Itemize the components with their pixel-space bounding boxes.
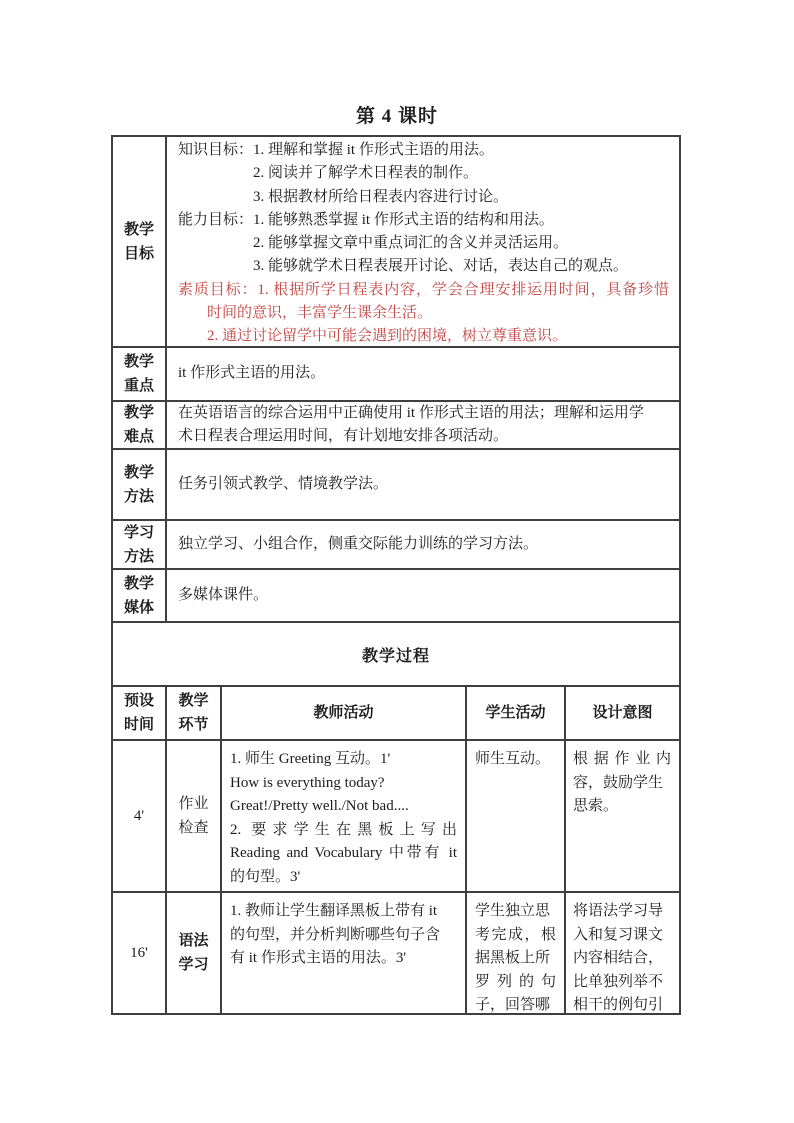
row-header-teaching-difficulty: 教学 难点 (113, 402, 167, 448)
text-line: 内容相结合， (573, 947, 671, 971)
text-line: 多媒体课件。 (178, 584, 669, 608)
row-header-teaching-focus: 教学 重点 (113, 348, 167, 400)
student-activity-cell: 学生独立思 考完成，根 据黑板上所 罗列的句 子，回答哪 (467, 893, 566, 1013)
row-process-section-title: 教学过程 (113, 623, 679, 687)
text-line: 师生互动。 (475, 748, 556, 772)
row-learning-method: 学习 方法 独立学习、小组合作，侧重交际能力训练的学习方法。 (113, 521, 679, 570)
row-header-line: 方法 (124, 545, 154, 569)
row-header-line: 教学 (124, 350, 154, 374)
row-header-teaching-objectives: 教学 目标 (113, 137, 167, 346)
process-row-grammar-study: 16' 语法 学习 1. 教师让学生翻译黑板上带有 it 的句型，并分析判断哪些… (113, 893, 679, 1013)
row-header-line: 目标 (124, 242, 154, 266)
text-line: 入和复习课文 (573, 924, 671, 948)
row-teaching-media: 教学 媒体 多媒体课件。 (113, 570, 679, 623)
text-line: How is everything today? (230, 772, 457, 796)
objective-line: 知识目标：1. 理解和掌握 it 作形式主语的用法。 (178, 139, 669, 162)
text-line: 容，鼓励学生 (573, 772, 671, 796)
student-activity-cell: 师生互动。 (467, 741, 566, 891)
text-line: 将语法学习导 (573, 900, 671, 924)
text-line: 思索。 (573, 795, 671, 819)
page-title: 第 4 课时 (0, 101, 794, 128)
objective-line: 时间的意识，丰富学生课余生活。 (178, 302, 669, 325)
step-line: 语法 (178, 929, 208, 953)
col-header-preset-time: 预设 时间 (113, 687, 167, 739)
teaching-media-content: 多媒体课件。 (167, 570, 679, 621)
text-line: 1. 师生 Greeting 互动。1' (230, 748, 457, 772)
teaching-focus-content: it 作形式主语的用法。 (167, 348, 679, 400)
step-line: 学习 (178, 953, 208, 977)
col-header-line: 设计意图 (592, 701, 652, 725)
text-line: 子，回答哪 (475, 994, 556, 1013)
row-teaching-difficulty: 教学 难点 在英语语言的综合运用中正确使用 it 作形式主语的用法；理解和运用学… (113, 402, 679, 450)
row-header-line: 教学 (124, 218, 154, 242)
objective-line: 2. 能够掌握文章中重点词汇的含义并灵活运用。 (178, 232, 669, 255)
text-line: 术日程表合理运用时间，有计划地安排各项活动。 (178, 425, 669, 448)
col-header-line: 预设 (124, 689, 154, 713)
text-line: 在英语语言的综合运用中正确使用 it 作形式主语的用法；理解和运用学 (178, 402, 669, 425)
preset-time: 16' (130, 941, 148, 965)
objective-line: 2. 阅读并了解学术日程表的制作。 (178, 162, 669, 185)
text-line: Reading and Vocabulary 中带有 it (230, 842, 457, 866)
objective-line: 素质目标：1. 根据所学日程表内容，学会合理安排运用时间，具备珍惜 (178, 279, 669, 302)
objective-line: 能力目标：1. 能够熟悉掌握 it 作形式主语的结构和用法。 (178, 209, 669, 232)
col-header-line: 时间 (124, 713, 154, 737)
row-header-teaching-media: 教学 媒体 (113, 570, 167, 621)
teacher-activity-cell: 1. 教师让学生翻译黑板上带有 it 的句型，并分析判断哪些句子含 有 it 作… (222, 893, 467, 1013)
col-header-line: 教学 (178, 689, 208, 713)
text-line: 有 it 作形式主语的用法。3' (230, 947, 457, 971)
row-header-line: 媒体 (124, 596, 154, 620)
text-line: Great!/Pretty well./Not bad.... (230, 795, 457, 819)
objective-line: 3. 根据教材所给日程表内容进行讨论。 (178, 186, 669, 209)
objectives-content: 知识目标：1. 理解和掌握 it 作形式主语的用法。 2. 阅读并了解学术日程表… (167, 137, 679, 346)
row-teaching-focus: 教学 重点 it 作形式主语的用法。 (113, 348, 679, 402)
row-process-header: 预设 时间 教学 环节 教师活动 学生活动 设计意图 (113, 687, 679, 741)
objective-line: 2. 通过讨论留学中可能会遇到的困境，树立尊重意识。 (178, 325, 669, 346)
text-line: 1. 教师让学生翻译黑板上带有 it (230, 900, 457, 924)
process-row-homework-check: 4' 作业 检查 1. 师生 Greeting 互动。1' How is eve… (113, 741, 679, 893)
design-intent-cell: 根据作业内 容，鼓励学生 思索。 (566, 741, 679, 891)
row-header-line: 教学 (124, 402, 154, 425)
lesson-plan-table: 教学 目标 知识目标：1. 理解和掌握 it 作形式主语的用法。 2. 阅读并了… (111, 135, 681, 1015)
row-teaching-objectives: 教学 目标 知识目标：1. 理解和掌握 it 作形式主语的用法。 2. 阅读并了… (113, 137, 679, 348)
step-line: 作业 (178, 792, 208, 816)
col-header-student-activity: 学生活动 (467, 687, 566, 739)
teacher-activity-cell: 1. 师生 Greeting 互动。1' How is everything t… (222, 741, 467, 891)
text-line: it 作形式主语的用法。 (178, 362, 669, 386)
text-line: 罗列的句 (475, 971, 556, 995)
row-header-line: 难点 (124, 425, 154, 449)
text-line: 学生独立思 (475, 900, 556, 924)
row-header-line: 教学 (124, 572, 154, 596)
text-line: 比单独列举不 (573, 971, 671, 995)
text-line: 任务引领式教学、情境教学法。 (178, 473, 669, 497)
col-header-teacher-activity: 教师活动 (222, 687, 467, 739)
row-teaching-method: 教学 方法 任务引领式教学、情境教学法。 (113, 450, 679, 521)
text-line: 据黑板上所 (475, 947, 556, 971)
teaching-method-content: 任务引领式教学、情境教学法。 (167, 450, 679, 519)
row-header-line: 重点 (124, 374, 154, 398)
design-intent-cell: 将语法学习导 入和复习课文 内容相结合， 比单独列举不 相干的例句引 (566, 893, 679, 1013)
row-header-line: 教学 (124, 461, 154, 485)
col-header-line: 教师活动 (313, 701, 373, 725)
col-header-line: 学生活动 (485, 701, 545, 725)
text-line: 的句型，并分析判断哪些句子含 (230, 924, 457, 948)
col-header-teaching-step: 教学 环节 (167, 687, 222, 739)
row-header-teaching-method: 教学 方法 (113, 450, 167, 519)
teaching-step-cell: 语法 学习 (167, 893, 222, 1013)
preset-time: 4' (134, 804, 144, 828)
teaching-difficulty-content: 在英语语言的综合运用中正确使用 it 作形式主语的用法；理解和运用学 术日程表合… (167, 402, 679, 448)
document-page: 第 4 课时 教学 目标 知识目标：1. 理解和掌握 it 作形式主语的用法。 … (0, 0, 794, 1123)
step-line: 检查 (178, 816, 208, 840)
col-header-design-intent: 设计意图 (566, 687, 679, 739)
row-header-line: 方法 (124, 485, 154, 509)
text-line: 相干的例句引 (573, 994, 671, 1013)
row-header-learning-method: 学习 方法 (113, 521, 167, 568)
row-header-line: 学习 (124, 521, 154, 545)
preset-time-cell: 16' (113, 893, 167, 1013)
text-line: 考完成，根 (475, 924, 556, 948)
objective-line: 3. 能够就学术日程表展开讨论、对话，表达自己的观点。 (178, 255, 669, 278)
preset-time-cell: 4' (113, 741, 167, 891)
text-line: 2. 要求学生在黑板上写出 (230, 819, 457, 843)
text-line: 独立学习、小组合作，侧重交际能力训练的学习方法。 (178, 533, 669, 557)
text-line: 根据作业内 (573, 748, 671, 772)
learning-method-content: 独立学习、小组合作，侧重交际能力训练的学习方法。 (167, 521, 679, 568)
teaching-step-cell: 作业 检查 (167, 741, 222, 891)
text-line: 的句型。3' (230, 866, 457, 890)
process-section-title: 教学过程 (113, 623, 679, 685)
col-header-line: 环节 (178, 713, 208, 737)
